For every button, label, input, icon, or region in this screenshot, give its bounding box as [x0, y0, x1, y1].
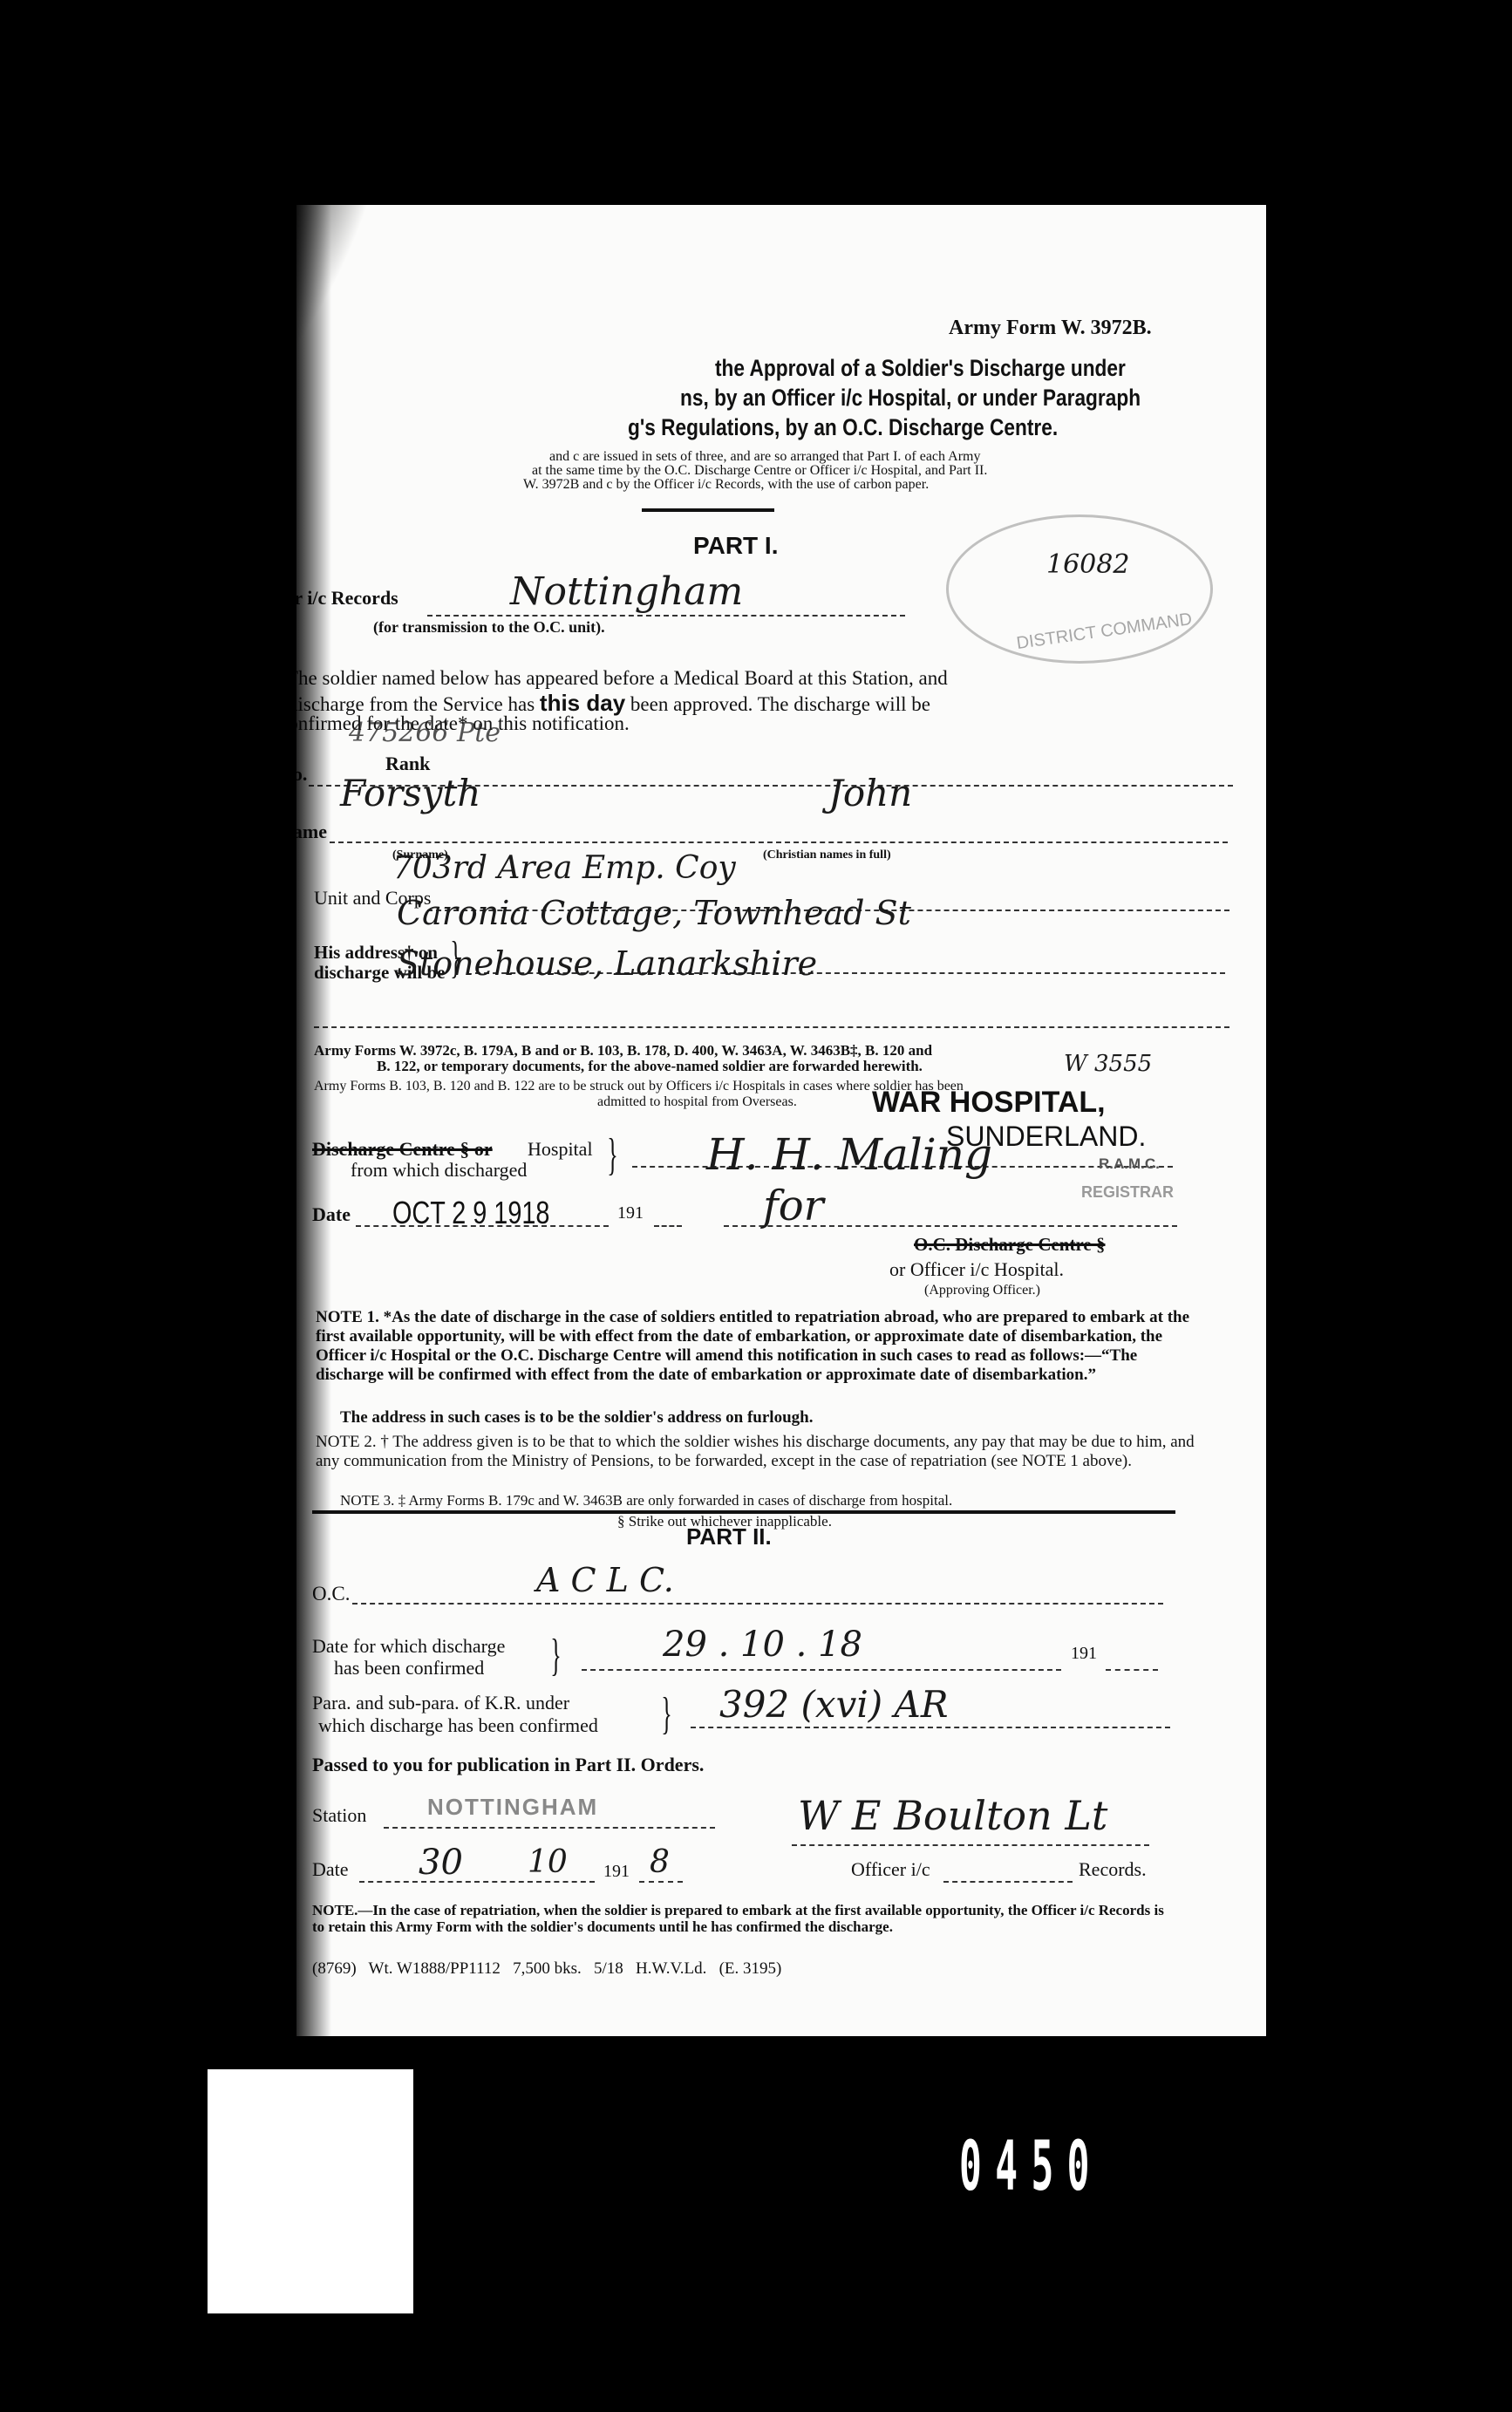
- intro-line-3: W. 3972B and c by the Officer i/c Record…: [523, 477, 929, 493]
- passed-text: Passed to you for publication in Part II…: [312, 1754, 704, 1776]
- hospital-label-1: Hospital: [528, 1138, 593, 1161]
- date-year-prefix-part2: 191: [603, 1862, 630, 1882]
- note-3: NOTE 3. ‡ Army Forms B. 179c and W. 3463…: [340, 1492, 952, 1509]
- kr-value: 392 (xvi) AR: [719, 1683, 948, 1726]
- statement-text-b: been approved. The discharge will be: [630, 693, 930, 715]
- date-day-part2: 30: [419, 1843, 463, 1883]
- army-forms-handwritten: W 3555: [1064, 1051, 1152, 1077]
- form-title-line-2: ns, by an Officer i/c Hospital, or under…: [680, 385, 1141, 412]
- station-stamp: NOTTINGHAM: [427, 1794, 598, 1821]
- kr-line: [691, 1727, 1170, 1728]
- discharge-centre-struck: Discharge Centre § or: [312, 1138, 493, 1161]
- part2-heading: PART II.: [686, 1523, 772, 1550]
- records-signature: W E Boulton Lt: [798, 1792, 1107, 1839]
- note-2: NOTE 2. † The address given is to be tha…: [316, 1433, 1196, 1471]
- oc-label: O.C.: [312, 1583, 350, 1605]
- address-line-1: Caronia Cottage, Townhead St: [397, 894, 911, 932]
- transmission-note: (for transmission to the O.C. unit).: [373, 618, 605, 637]
- officer-hospital-label: or Officer i/c Hospital.: [889, 1258, 1064, 1281]
- part1-heading: PART I.: [693, 532, 778, 560]
- army-forms-b-line-2: admitted to hospital from Overseas.: [597, 1094, 797, 1110]
- officer-records-line: [427, 615, 905, 617]
- surname-value: Forsyth: [340, 772, 480, 814]
- oc-discharge-centre-struck: O.C. Discharge Centre §: [914, 1234, 1106, 1256]
- note-1-address: The address in such cases is to be the s…: [340, 1408, 813, 1427]
- date-year-line-part2: [639, 1881, 683, 1883]
- film-label-card: [208, 2069, 413, 2313]
- date-label-part1: Date: [312, 1203, 351, 1226]
- army-forms-b-line-1: Army Forms B. 103, B. 120 and B. 122 are…: [314, 1079, 964, 1094]
- date-confirmed-value: 29 . 10 . 18: [663, 1625, 862, 1665]
- army-forms-line-1: Army Forms W. 3972c, B. 179A, B and or B…: [314, 1042, 932, 1060]
- date-year-suffix-part2: 8: [650, 1844, 670, 1880]
- frame-counter: 0450: [959, 2128, 1103, 2206]
- address-line-2: Stonehouse, Lanarkshire: [397, 944, 817, 983]
- date-confirmed-year-prefix: 191: [1071, 1644, 1097, 1664]
- ramc-text: R.A.M.C.: [1099, 1155, 1160, 1173]
- kr-label-2: which discharge has been confirmed: [318, 1714, 598, 1737]
- header-divider: [642, 508, 774, 512]
- form-title-line-3: g's Regulations, by an O.C. Discharge Ce…: [628, 414, 1058, 441]
- oc-line: [352, 1603, 1163, 1605]
- name-line: [330, 841, 1228, 843]
- army-form-page: Army Form W. 3972B. the Approval of a So…: [296, 205, 1266, 2036]
- note-1: NOTE 1. *As the date of discharge in the…: [316, 1308, 1196, 1385]
- date-confirmed-line: [582, 1669, 1061, 1671]
- kr-brace: }: [656, 1692, 678, 1737]
- part2-divider: [312, 1510, 1175, 1514]
- approving-officer-label: (Approving Officer.): [924, 1283, 1040, 1298]
- record-number-handwritten: 16082: [1046, 549, 1129, 580]
- unit-value: 703rd Area Emp. Coy: [392, 850, 736, 886]
- date-line-part2: [359, 1881, 595, 1883]
- hospital-label-2: from which discharged: [351, 1159, 527, 1182]
- signature-for: for: [763, 1182, 824, 1230]
- army-forms-divider: [314, 1026, 1229, 1028]
- station-line: [384, 1827, 715, 1829]
- date-stamp-part1: OCT 2 9 1918: [392, 1195, 549, 1231]
- date-confirmed-label-1: Date for which discharge: [312, 1635, 505, 1658]
- hospital-stamp-line-1: WAR HOSPITAL,: [872, 1086, 1106, 1120]
- christian-name-value: John: [828, 772, 912, 814]
- kr-label-1: Para. and sub-para. of K.R. under: [312, 1692, 569, 1714]
- form-title-line-1: the Approval of a Soldier's Discharge un…: [715, 355, 1126, 382]
- officer-records-value: Nottingham: [510, 569, 743, 614]
- records-label: Records.: [1079, 1858, 1147, 1881]
- officer-label: Officer i/c: [851, 1858, 930, 1881]
- date-year-line-part1: [654, 1225, 682, 1227]
- printer-line: (8769) Wt. W1888/PP1112 7,500 bks. 5/18 …: [312, 1959, 781, 1979]
- date-confirmed-brace: }: [545, 1633, 567, 1679]
- part2-note: NOTE.—In the case of repatriation, when …: [312, 1902, 1175, 1935]
- officer-line: [943, 1881, 1073, 1883]
- station-label: Station: [312, 1804, 366, 1827]
- date-year-prefix-part1: 191: [617, 1203, 644, 1223]
- date-label-part2: Date: [312, 1858, 349, 1881]
- date-month-part2: 10: [528, 1844, 568, 1880]
- records-signature-line: [792, 1844, 1149, 1846]
- approving-signature: H. H. Maling: [706, 1129, 992, 1180]
- no-label: No.: [296, 763, 307, 786]
- form-number: Army Form W. 3972B.: [949, 317, 1152, 340]
- date-confirmed-label-2: has been confirmed: [334, 1657, 484, 1680]
- date-confirmed-year-line: [1106, 1669, 1158, 1671]
- oc-value: A C L C.: [536, 1561, 674, 1599]
- christian-caption: (Christian names in full): [763, 848, 891, 862]
- hospital-brace: }: [602, 1133, 623, 1178]
- statement-line-1: The soldier named below has appeared bef…: [296, 667, 948, 690]
- name-label: Name: [296, 821, 327, 843]
- army-forms-line-2: B. 122, or temporary documents, for the …: [377, 1058, 923, 1075]
- registrar-stamp: REGISTRAR: [1081, 1183, 1174, 1202]
- officer-records-label: Officer i/c Records: [296, 587, 398, 610]
- regimental-number-handwritten: 475266 Pte: [349, 718, 501, 748]
